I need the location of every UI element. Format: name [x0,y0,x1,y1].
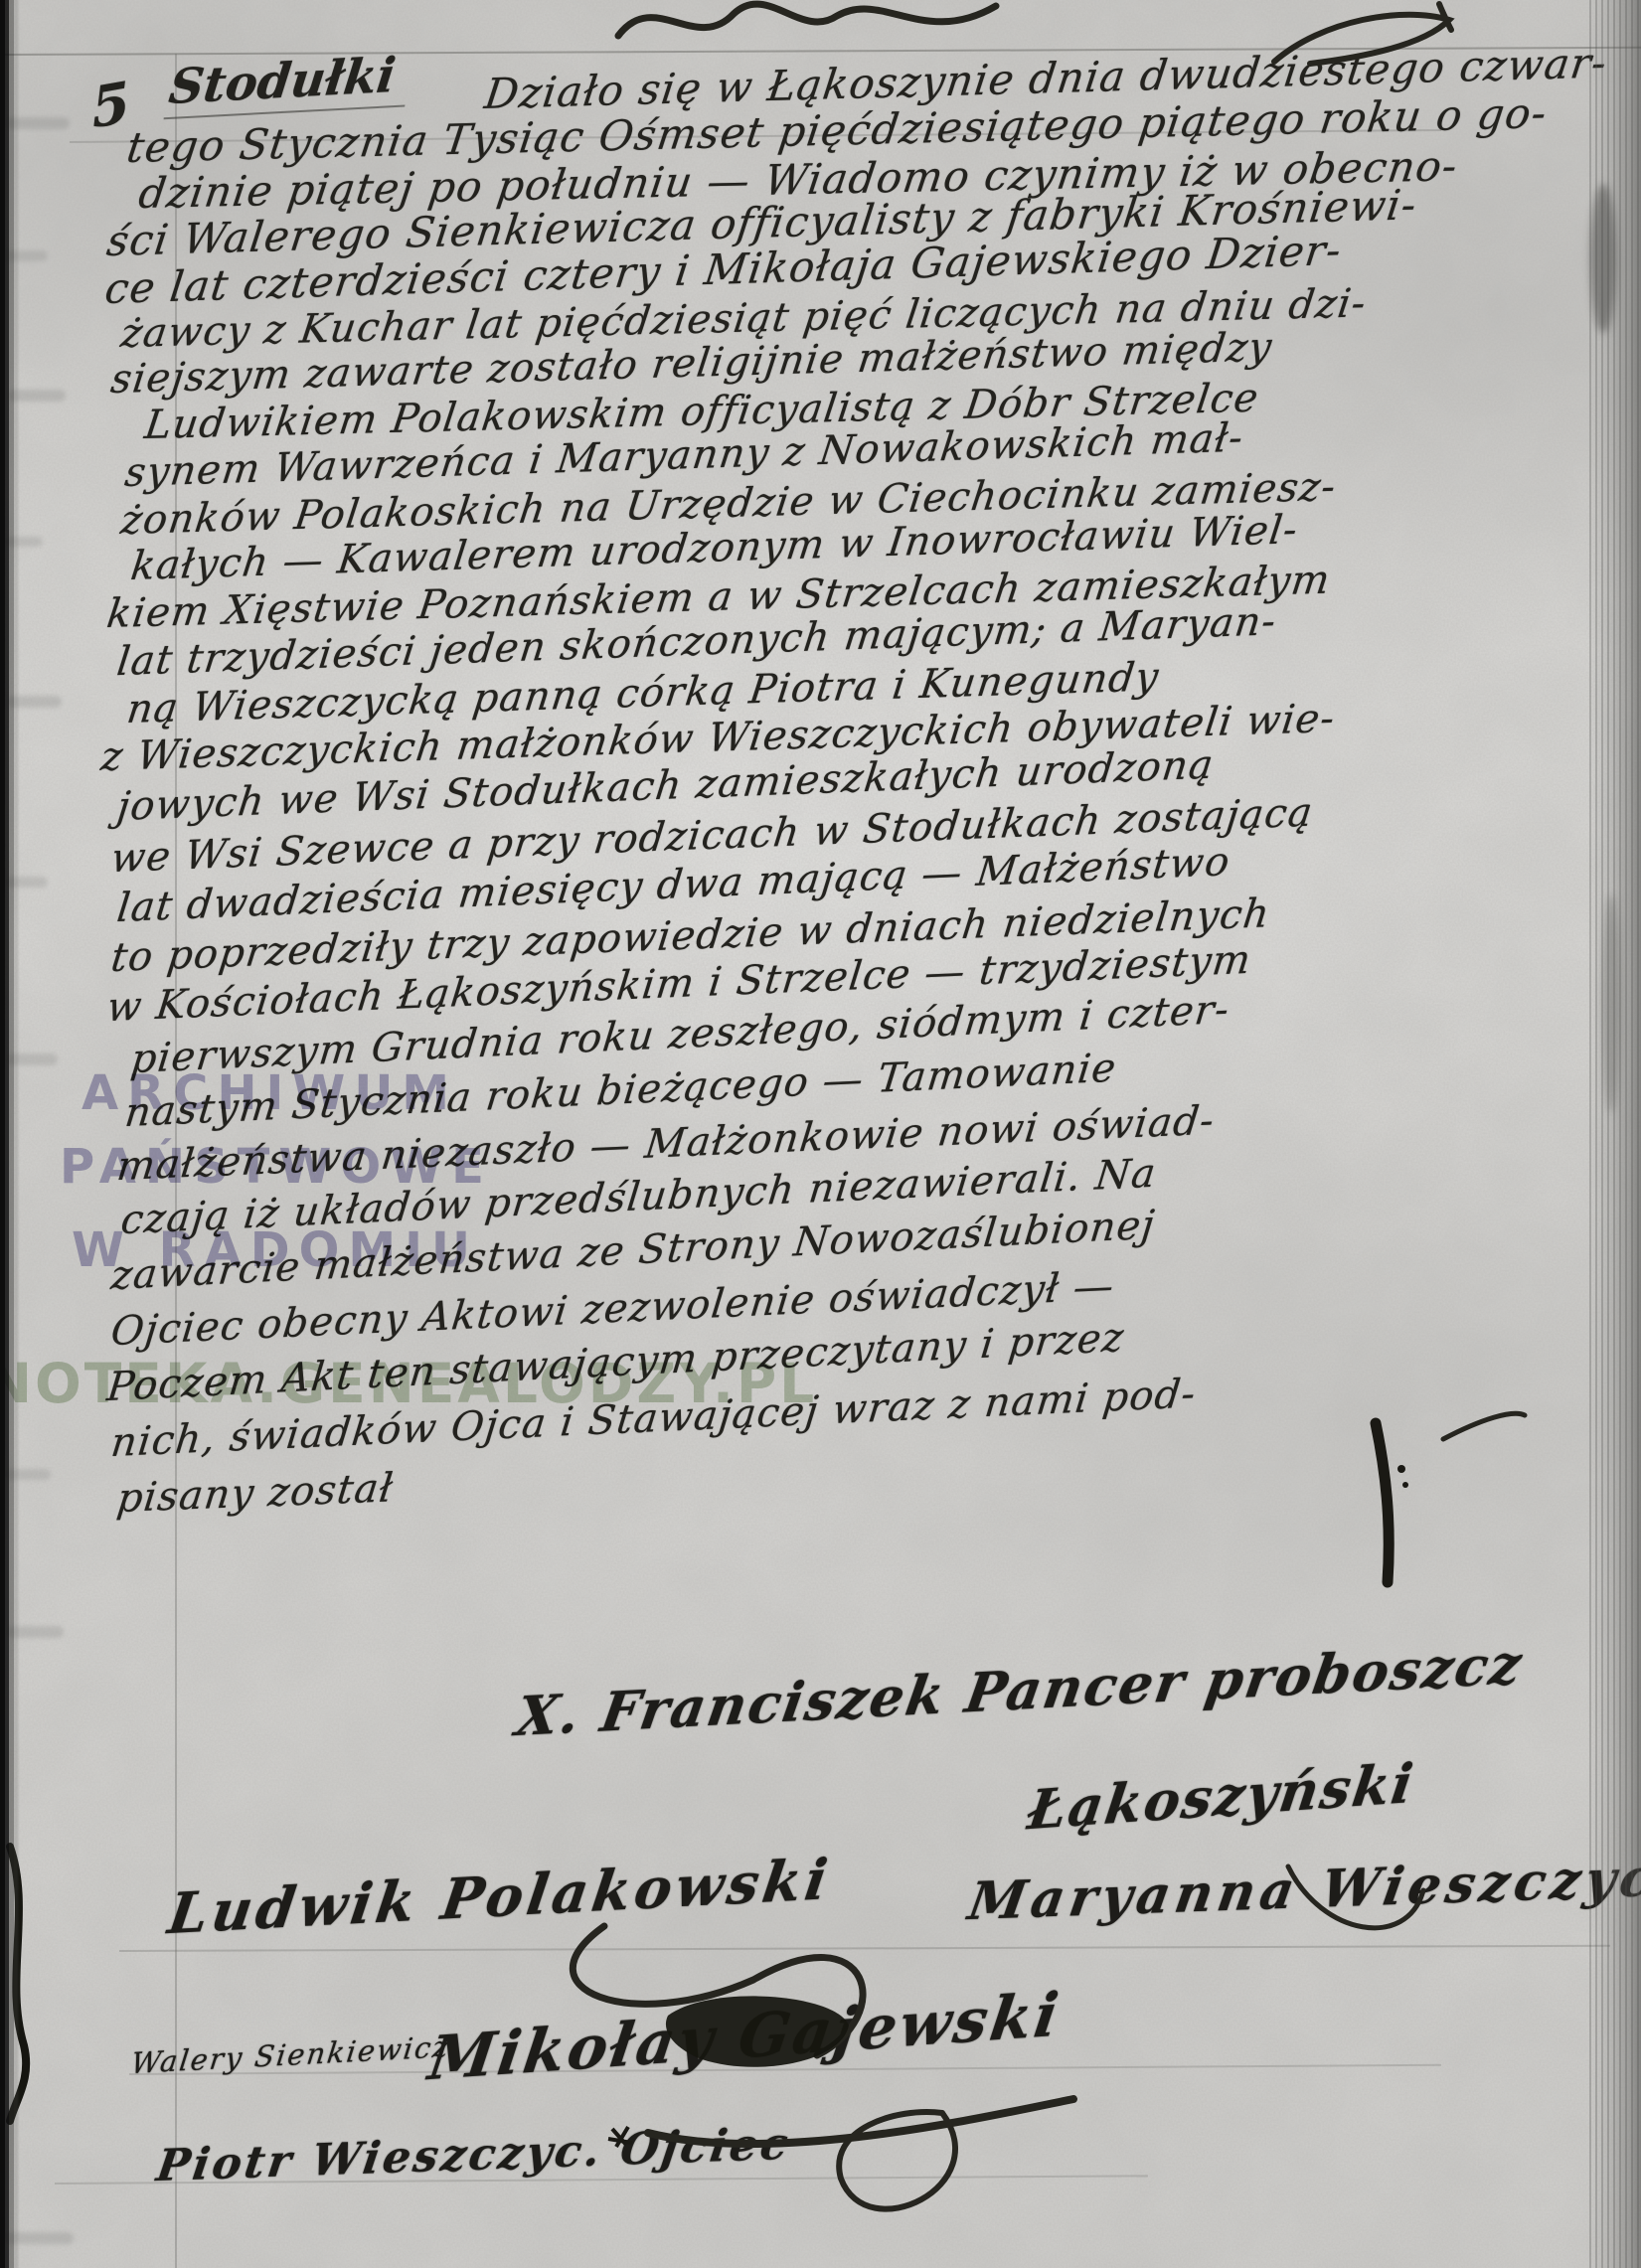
officiant-signature-parish: Łąkoszyński [1025,1756,1418,1838]
officiant-signature: X. Franciszek Pancer proboszcz [513,1637,1527,1744]
groom-signature: Ludwik Polakowski [165,1852,835,1942]
record-number: 5 [89,75,131,137]
top-edge-flourish [618,4,996,36]
line-end-dash-flourish [1443,1413,1525,1439]
page-left-edge [0,0,20,2268]
ink-blot-dot [1397,1465,1405,1473]
witness2-tail-flourish [839,2112,955,2209]
witness2-signature: Mikołay Gajewski [425,1985,1065,2089]
signature-rule-1 [119,1945,1610,1952]
record-place-name: Stodułki [164,51,412,119]
page-right-edge [1589,0,1641,2268]
archive-watermark-line: ARCHIWUM [82,1065,458,1121]
bride-signature: Maryanna Wieszczycka [965,1850,1641,1928]
scanned-marriage-record-page: 5 Stodułki Działo się w Łąkoszynie dnia … [0,0,1641,2268]
ink-heavy-stroke [1376,1423,1389,1582]
ink-blot-dot [1402,1482,1408,1488]
act-line: pisany został [114,1466,396,1521]
edge-smudge [1602,894,1620,1113]
archive-watermark-line: PAŃSTWOWE [60,1139,493,1195]
archive-watermark-line: W RADOMIU [72,1222,479,1278]
edge-smudge [1590,184,1616,333]
genealogy-site-watermark: NOTEKA.GENEALODZY.PL [0,1352,817,1415]
